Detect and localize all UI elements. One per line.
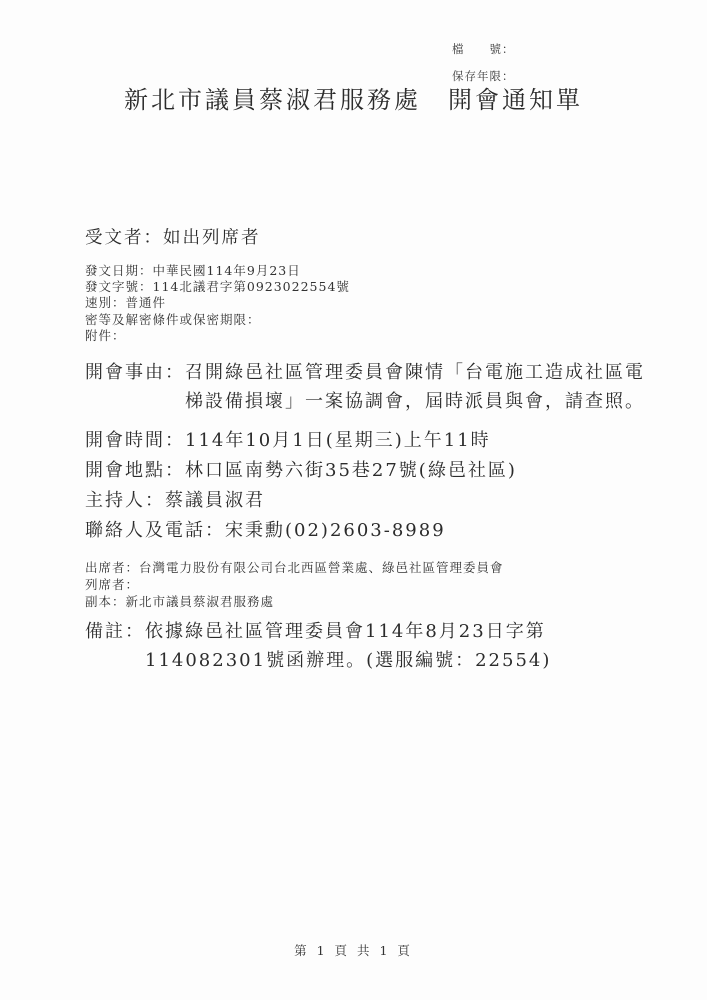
chairperson-line: 主持人： 蔡議員淑君 [85, 487, 647, 516]
contact-value: 宋秉勳(02)2603-8989 [225, 517, 647, 546]
contact-line: 聯絡人及電話： 宋秉勳(02)2603-8989 [85, 517, 647, 546]
document-body: 受文者：如出列席者 發文日期：中華民國114年9月23日 發文字號：114北議君… [85, 226, 647, 675]
chairperson-label: 主持人： [85, 487, 165, 516]
meeting-place-label: 開會地點： [85, 457, 185, 486]
meeting-time-label: 開會時間： [85, 427, 185, 456]
recipient-label: 受文者： [85, 228, 163, 248]
recipient-line: 受文者：如出列席者 [85, 226, 647, 250]
meeting-subject-value: 召開綠邑社區管理委員會陳情「台電施工造成社區電梯設備損壞」一案協調會，屆時派員與… [185, 359, 647, 416]
priority-line: 速別：普通件 [85, 295, 647, 311]
copy-to-line: 副本：新北市議員蔡淑君服務處 [85, 593, 647, 610]
file-number-label: 檔 號： [452, 36, 515, 63]
page-number-footer: 第 1 頁 共 1 頁 [0, 941, 707, 959]
document-title: 新北市議員蔡淑君服務處 開會通知單 [0, 80, 707, 115]
remark-line: 備註： 依據綠邑社區管理委員會114年8月23日字第114082301號函辦理。… [85, 618, 647, 675]
meeting-subject-line: 開會事由： 召開綠邑社區管理委員會陳情「台電施工造成社區電梯設備損壞」一案協調會… [85, 359, 647, 416]
document-info-block: 發文日期：中華民國114年9月23日 發文字號：114北議君字第09230225… [85, 263, 647, 344]
meeting-place-value: 林口區南勢六街35巷27號(綠邑社區) [185, 457, 647, 486]
meeting-time-line: 開會時間： 114年10月1日(星期三)上午11時 [85, 427, 647, 456]
attachment-line: 附件： [85, 328, 647, 344]
attendees-block: 出席者：台灣電力股份有限公司台北西區營業處、綠邑社區管理委員會 列席者： 副本：… [85, 559, 647, 611]
issue-number-line: 發文字號：114北議君字第0923022554號 [85, 279, 647, 295]
remark-label: 備註： [85, 618, 145, 647]
issue-date-line: 發文日期：中華民國114年9月23日 [85, 263, 647, 279]
attendees-line: 出席者：台灣電力股份有限公司台北西區營業處、綠邑社區管理委員會 [85, 559, 647, 576]
chairperson-value: 蔡議員淑君 [165, 487, 647, 516]
meeting-detail-block: 開會事由： 召開綠邑社區管理委員會陳情「台電施工造成社區電梯設備損壞」一案協調會… [85, 359, 647, 546]
remark-value: 依據綠邑社區管理委員會114年8月23日字第114082301號函辦理。(選服編… [145, 618, 647, 675]
classification-line: 密等及解密條件或保密期限： [85, 312, 647, 328]
meeting-notice-document: 檔 號： 保存年限： 新北市議員蔡淑君服務處 開會通知單 受文者：如出列席者 發… [0, 0, 707, 1000]
meeting-place-line: 開會地點： 林口區南勢六街35巷27號(綠邑社區) [85, 457, 647, 486]
recipient-value: 如出列席者 [163, 228, 261, 248]
observers-line: 列席者： [85, 576, 647, 593]
contact-label: 聯絡人及電話： [85, 517, 225, 546]
meeting-time-value: 114年10月1日(星期三)上午11時 [185, 427, 647, 456]
meeting-subject-label: 開會事由： [85, 359, 185, 388]
